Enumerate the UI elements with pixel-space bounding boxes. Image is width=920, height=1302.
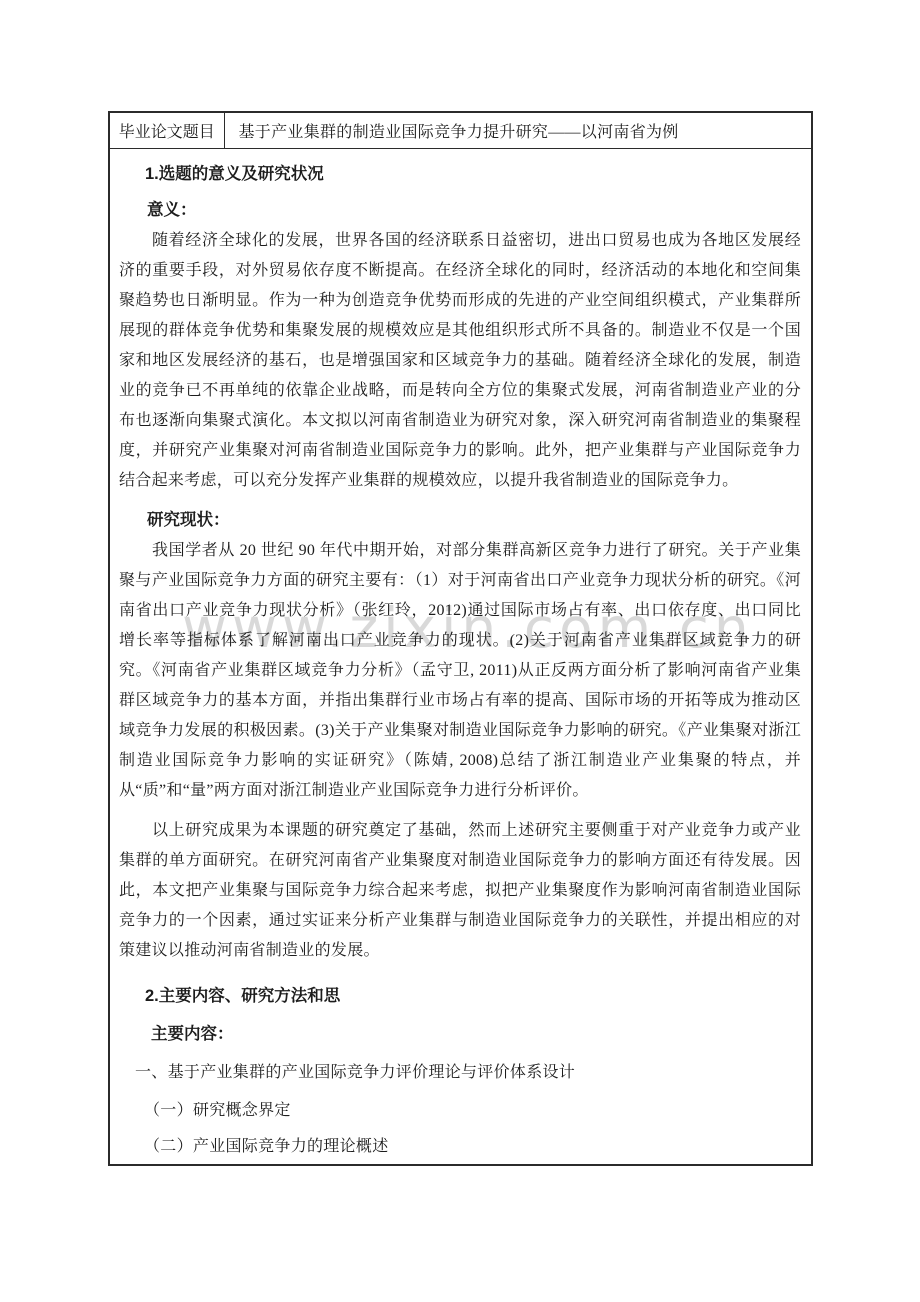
- outline-item-1-2: （二）产业国际竞争力的理论概述: [144, 1136, 801, 1158]
- outline-item-1: 一、基于产业集群的产业国际竞争力评价理论与评价体系设计: [135, 1062, 801, 1084]
- outline-item-1-1: （一）研究概念界定: [144, 1100, 801, 1122]
- form-body-row: 1.选题的意义及研究状况 意义： 随着经济全球化的发展，世界各国的经济联系日益密…: [109, 148, 812, 1165]
- thesis-title-row: 毕业论文题目 基于产业集群的制造业国际竞争力提升研究——以河南省为例: [109, 112, 812, 148]
- section1-heading: 1.选题的意义及研究状况: [145, 162, 801, 186]
- research-status-heading: 研究现状：: [147, 508, 801, 532]
- thesis-title-label: 毕业论文题目: [109, 112, 224, 148]
- significance-paragraph: 随着经济全球化的发展，世界各国的经济联系日益密切，进出口贸易也成为各地区发展经济…: [119, 226, 801, 496]
- research-status-paragraph: 我国学者从 20 世纪 90 年代中期开始，对部分集群高新区竞争力进行了研究。关…: [119, 536, 801, 806]
- thesis-form-table: 毕业论文题目 基于产业集群的制造业国际竞争力提升研究——以河南省为例 1.选题的…: [108, 111, 813, 1166]
- main-content-heading: 主要内容：: [151, 1022, 801, 1046]
- research-summary-paragraph: 以上研究成果为本课题的研究奠定了基础，然而上述研究主要侧重于对产业竞争力或产业集…: [119, 816, 801, 966]
- thesis-title-value: 基于产业集群的制造业国际竞争力提升研究——以河南省为例: [224, 112, 812, 148]
- document-page: www.zixin.com.cn 毕业论文题目 基于产业集群的制造业国际竞争力提…: [0, 0, 920, 1302]
- section2-heading: 2.主要内容、研究方法和思: [145, 984, 801, 1008]
- significance-heading: 意义：: [147, 198, 801, 222]
- form-body-cell: 1.选题的意义及研究状况 意义： 随着经济全球化的发展，世界各国的经济联系日益密…: [109, 148, 812, 1165]
